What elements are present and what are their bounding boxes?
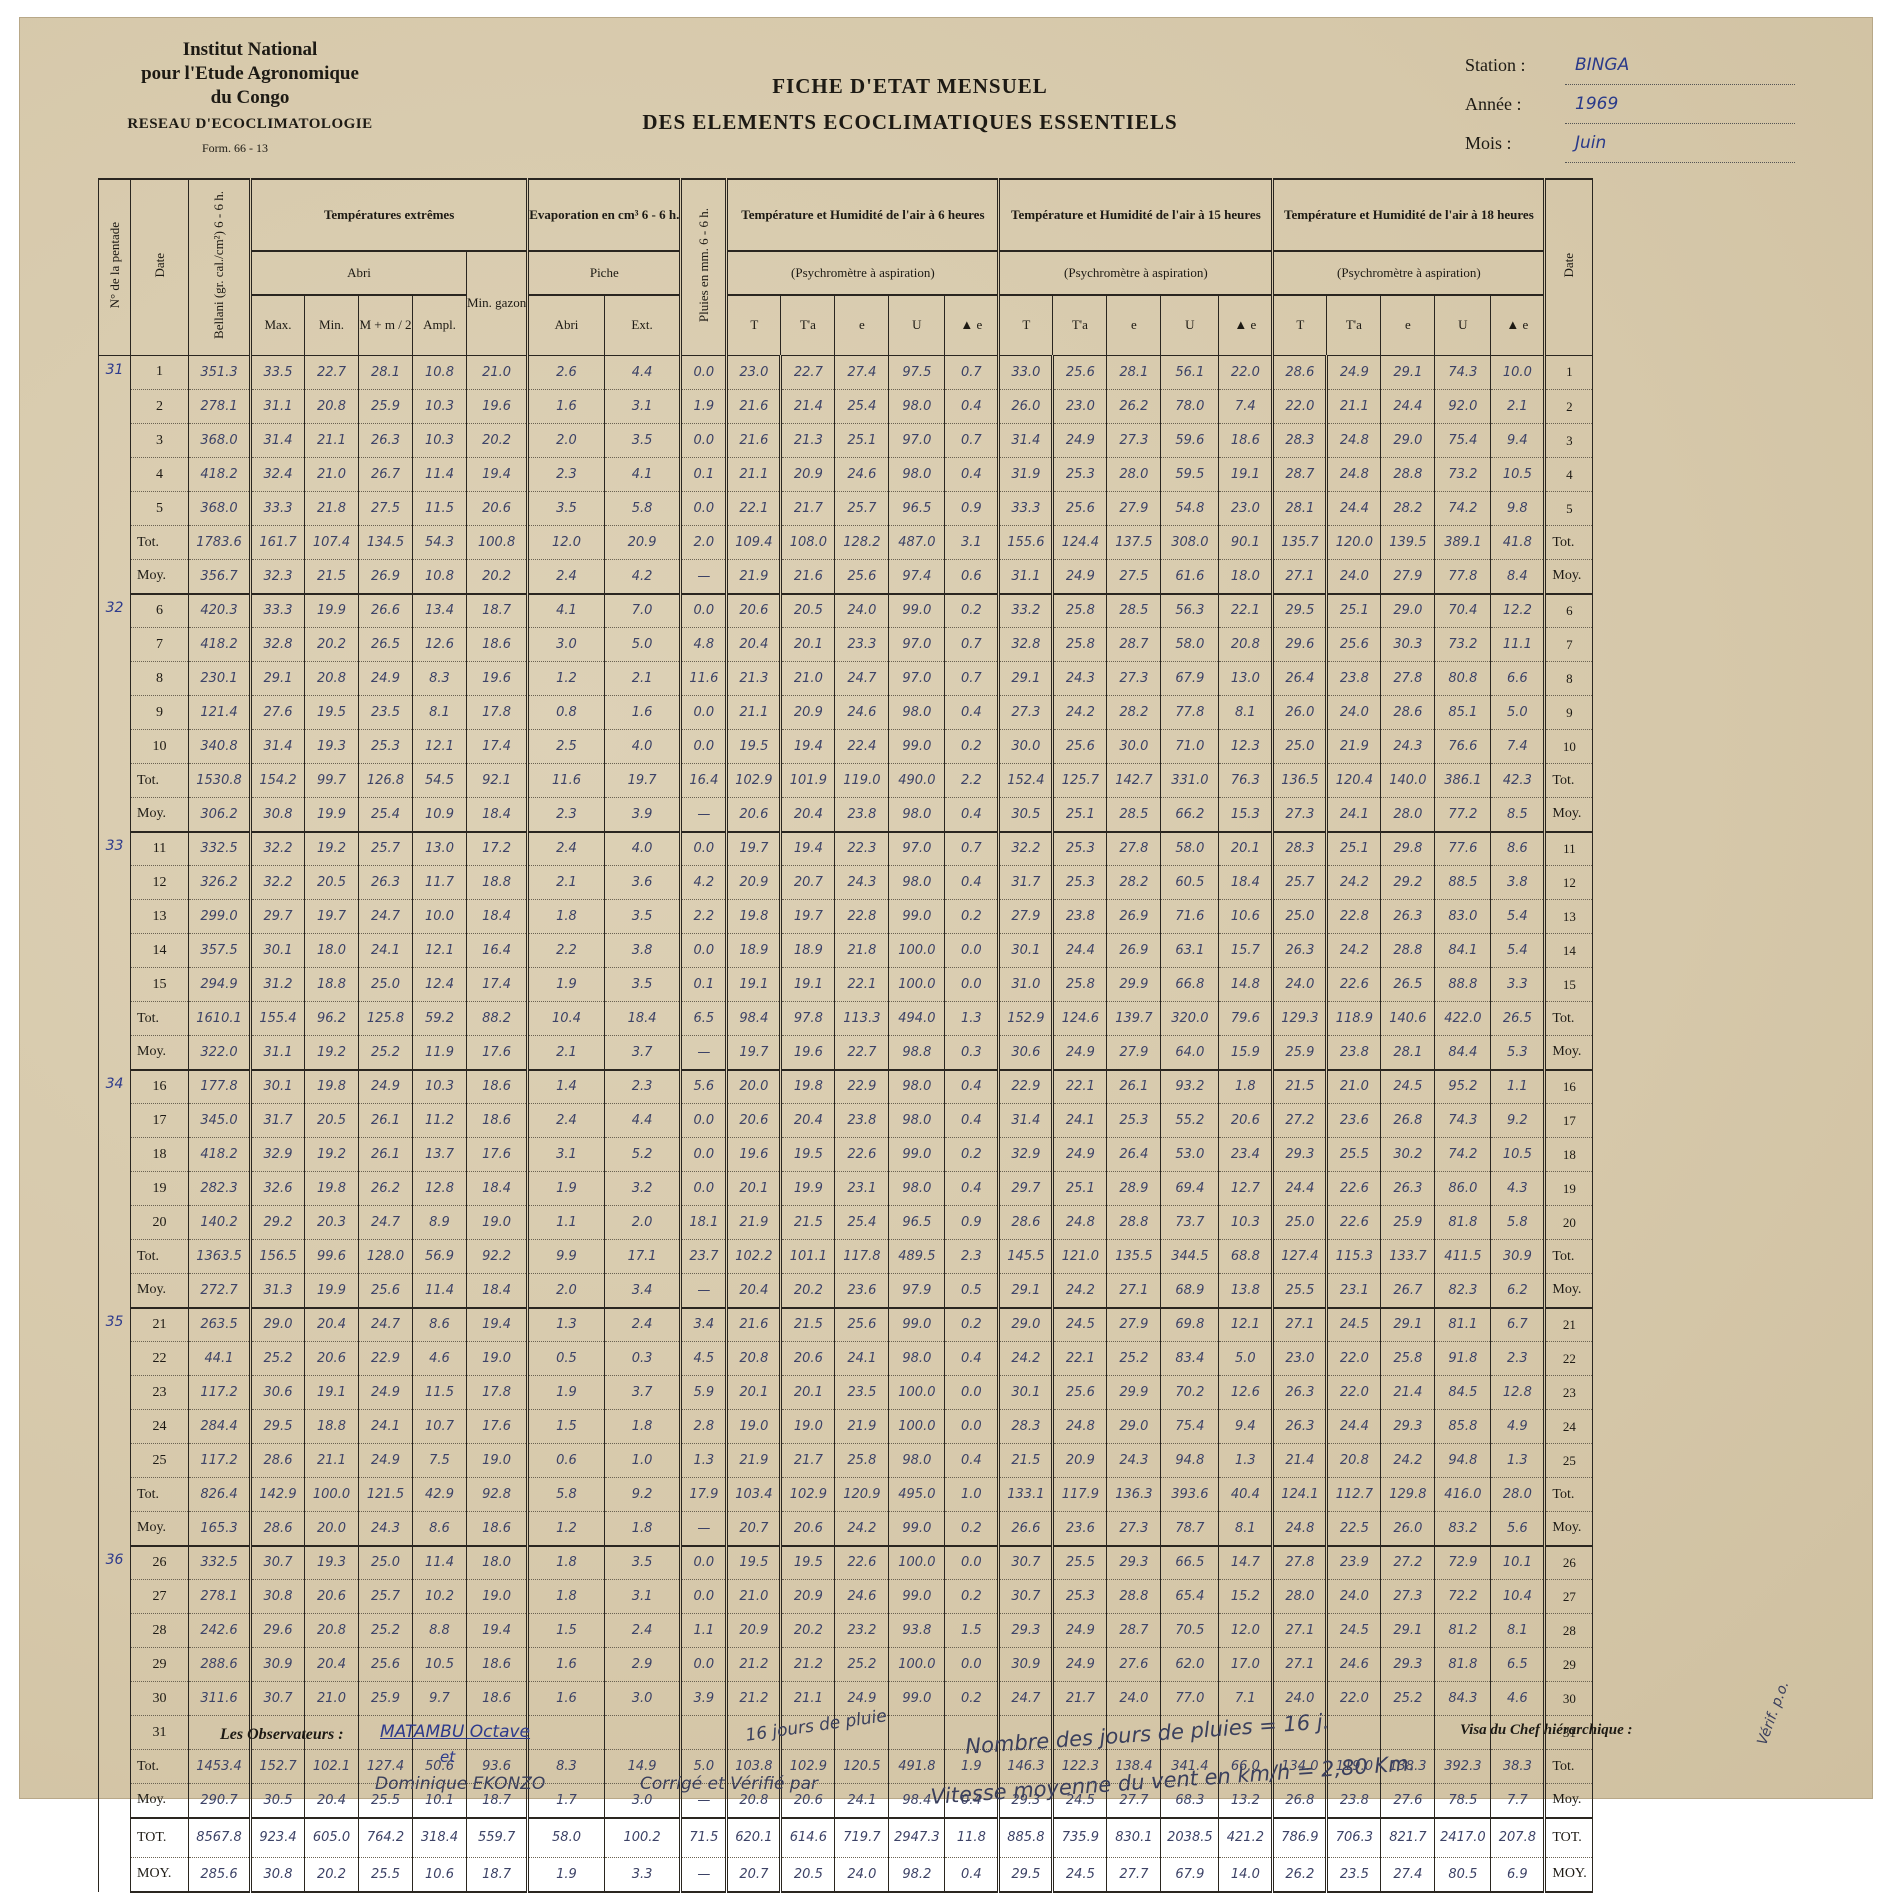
data-cell: 15.2 bbox=[1219, 1580, 1273, 1614]
data-cell: 19.6 bbox=[781, 1036, 835, 1070]
data-cell: 1453.4 bbox=[189, 1750, 251, 1784]
data-cell: 31.9 bbox=[999, 458, 1053, 492]
data-cell: 21.1 bbox=[305, 1444, 359, 1478]
data-cell: 23.6 bbox=[835, 1274, 889, 1308]
date-cell: 29 bbox=[131, 1648, 189, 1682]
data-cell: 24.9 bbox=[359, 662, 413, 696]
station-label: Station : bbox=[1465, 46, 1565, 85]
data-cell: 10.0 bbox=[1491, 355, 1545, 390]
data-cell: 27.1 bbox=[1273, 1308, 1327, 1342]
data-cell: 0.0 bbox=[681, 730, 727, 764]
data-cell: 13.4 bbox=[413, 594, 467, 628]
data-cell: 0.4 bbox=[945, 1342, 999, 1376]
data-cell: 22.1 bbox=[727, 492, 781, 526]
data-cell: 26.9 bbox=[359, 560, 413, 594]
data-cell: 88.5 bbox=[1435, 866, 1491, 900]
data-cell: 88.2 bbox=[467, 1002, 528, 1036]
data-cell: 22.0 bbox=[1327, 1342, 1381, 1376]
data-cell: 98.0 bbox=[889, 1172, 945, 1206]
data-cell: 28.8 bbox=[1381, 934, 1435, 968]
date-right-cell: Moy. bbox=[1545, 560, 1593, 594]
data-cell: 139.5 bbox=[1381, 526, 1435, 560]
data-cell: 59.5 bbox=[1161, 458, 1219, 492]
data-cell: 96.2 bbox=[305, 1002, 359, 1036]
data-cell: 11.5 bbox=[413, 492, 467, 526]
data-cell: 98.0 bbox=[889, 1444, 945, 1478]
data-cell: 26.3 bbox=[1273, 1410, 1327, 1444]
pentade-number bbox=[99, 798, 131, 832]
data-cell: 26.1 bbox=[359, 1104, 413, 1138]
data-cell: 103.4 bbox=[727, 1478, 781, 1512]
data-cell: 26.8 bbox=[1273, 1784, 1327, 1818]
data-cell: 74.2 bbox=[1435, 1138, 1491, 1172]
data-cell: 0.1 bbox=[681, 968, 727, 1002]
data-cell: 20.7 bbox=[727, 1512, 781, 1546]
data-cell: 25.0 bbox=[1273, 730, 1327, 764]
data-cell: 21.4 bbox=[1381, 1376, 1435, 1410]
data-cell: 29.7 bbox=[999, 1172, 1053, 1206]
data-cell: 27.8 bbox=[1381, 662, 1435, 696]
data-cell bbox=[1381, 1716, 1435, 1750]
data-cell: — bbox=[681, 1274, 727, 1308]
pentade-number bbox=[99, 1410, 131, 1444]
data-cell: 28.9 bbox=[1107, 1172, 1161, 1206]
data-cell: 7.1 bbox=[1219, 1682, 1273, 1716]
date-right-cell: Tot. bbox=[1545, 1240, 1593, 1274]
data-cell: 121.5 bbox=[359, 1478, 413, 1512]
data-cell: 12.1 bbox=[1219, 1308, 1273, 1342]
table-row: 30311.630.721.025.99.718.61.63.03.921.22… bbox=[99, 1682, 1593, 1716]
data-cell: 24.4 bbox=[1327, 492, 1381, 526]
data-cell: 24.5 bbox=[1053, 1308, 1107, 1342]
date-right-cell: 12 bbox=[1545, 866, 1593, 900]
data-cell: 18.1 bbox=[681, 1206, 727, 1240]
data-cell: 10.8 bbox=[413, 560, 467, 594]
data-cell: 420.3 bbox=[189, 594, 251, 628]
data-cell: 20.5 bbox=[305, 1104, 359, 1138]
data-cell: 29.3 bbox=[999, 1614, 1053, 1648]
data-cell: 84.3 bbox=[1435, 1682, 1491, 1716]
data-cell: 1.6 bbox=[604, 696, 681, 730]
data-cell: 120.5 bbox=[835, 1750, 889, 1784]
data-cell: 21.9 bbox=[835, 1410, 889, 1444]
data-cell: 19.4 bbox=[467, 458, 528, 492]
data-cell: 27.1 bbox=[1273, 1614, 1327, 1648]
date-cell: 10 bbox=[131, 730, 189, 764]
data-cell: 3.5 bbox=[604, 900, 681, 934]
data-cell: 83.4 bbox=[1161, 1342, 1219, 1376]
data-cell: 19.8 bbox=[305, 1172, 359, 1206]
data-cell: 3.5 bbox=[528, 492, 605, 526]
data-cell: 30.1 bbox=[999, 1376, 1053, 1410]
data-cell: 25.5 bbox=[1053, 1546, 1107, 1580]
data-cell: 60.5 bbox=[1161, 866, 1219, 900]
col-psychro-18: (Psychromètre à aspiration) bbox=[1273, 251, 1545, 295]
data-cell: 24.5 bbox=[1381, 1070, 1435, 1104]
data-cell: 18.8 bbox=[305, 1410, 359, 1444]
col-piche: Piche bbox=[528, 251, 681, 295]
data-cell: 23.8 bbox=[1053, 900, 1107, 934]
year-label: Année : bbox=[1465, 85, 1565, 124]
data-cell: 19.5 bbox=[781, 1138, 835, 1172]
data-cell: 109.4 bbox=[727, 526, 781, 560]
data-cell: 135.5 bbox=[1107, 1240, 1161, 1274]
data-cell: 81.1 bbox=[1435, 1308, 1491, 1342]
data-cell: 21.8 bbox=[305, 492, 359, 526]
data-cell: 18.6 bbox=[467, 628, 528, 662]
data-cell: 26.2 bbox=[359, 1172, 413, 1206]
data-cell: 20.8 bbox=[1219, 628, 1273, 662]
data-cell: 24.3 bbox=[1053, 662, 1107, 696]
data-cell: 25.0 bbox=[359, 968, 413, 1002]
row-label: Tot. bbox=[131, 1478, 189, 1512]
data-cell: 19.9 bbox=[781, 1172, 835, 1206]
date-cell: 21 bbox=[131, 1308, 189, 1342]
data-cell: 11.6 bbox=[528, 764, 605, 798]
data-cell: 1.3 bbox=[1219, 1444, 1273, 1478]
data-cell: 24.1 bbox=[1053, 1104, 1107, 1138]
date-cell: 5 bbox=[131, 492, 189, 526]
data-cell: 99.0 bbox=[889, 730, 945, 764]
data-cell: 0.0 bbox=[681, 934, 727, 968]
table-row: 7418.232.820.226.512.618.63.05.04.820.42… bbox=[99, 628, 1593, 662]
data-cell: 23.0 bbox=[1053, 390, 1107, 424]
data-cell: 2.4 bbox=[528, 560, 605, 594]
data-cell: 20.5 bbox=[781, 594, 835, 628]
pentade-number bbox=[99, 696, 131, 730]
data-cell: 98.0 bbox=[889, 1070, 945, 1104]
data-cell: 25.8 bbox=[1053, 968, 1107, 1002]
data-cell: 11.4 bbox=[413, 1274, 467, 1308]
moy-row: Moy.306.230.819.925.410.918.42.33.9—20.6… bbox=[99, 798, 1593, 832]
pentade-number bbox=[99, 1716, 131, 1750]
data-cell: 33.3 bbox=[251, 594, 305, 628]
data-cell: 2.1 bbox=[604, 662, 681, 696]
data-cell: 20.8 bbox=[305, 390, 359, 424]
data-cell: 25.2 bbox=[251, 1342, 305, 1376]
data-cell: 28.6 bbox=[1381, 696, 1435, 730]
data-cell: 15.9 bbox=[1219, 1036, 1273, 1070]
pentade-number bbox=[99, 866, 131, 900]
data-cell: 1.9 bbox=[528, 1376, 605, 1410]
col-u-6: U bbox=[889, 295, 945, 355]
data-cell: 19.5 bbox=[305, 696, 359, 730]
data-cell: 25.6 bbox=[1053, 1376, 1107, 1410]
data-cell: 115.3 bbox=[1327, 1240, 1381, 1274]
data-cell: 20.3 bbox=[305, 1206, 359, 1240]
date-right-cell: 30 bbox=[1545, 1682, 1593, 1716]
data-cell: 20.4 bbox=[305, 1308, 359, 1342]
date-right-cell: 27 bbox=[1545, 1580, 1593, 1614]
data-cell: 3.8 bbox=[1491, 866, 1545, 900]
data-cell: 21.0 bbox=[1327, 1070, 1381, 1104]
data-cell: 0.3 bbox=[945, 1036, 999, 1070]
data-cell: 27.8 bbox=[1107, 832, 1161, 866]
data-cell: 120.9 bbox=[835, 1478, 889, 1512]
data-cell: 27.3 bbox=[1107, 662, 1161, 696]
data-cell: 0.7 bbox=[945, 628, 999, 662]
data-cell: 24.9 bbox=[1053, 1648, 1107, 1682]
data-cell: 21.3 bbox=[781, 424, 835, 458]
data-cell: 25.7 bbox=[359, 832, 413, 866]
data-cell: 0.4 bbox=[945, 390, 999, 424]
data-cell: 4.6 bbox=[413, 1342, 467, 1376]
data-cell: 490.0 bbox=[889, 764, 945, 798]
col-date: Date bbox=[131, 179, 189, 355]
date-cell: 12 bbox=[131, 866, 189, 900]
data-cell: 290.7 bbox=[189, 1784, 251, 1818]
data-cell: 25.0 bbox=[1273, 1206, 1327, 1240]
data-cell: 411.5 bbox=[1435, 1240, 1491, 1274]
data-cell: 18.8 bbox=[305, 968, 359, 1002]
data-cell bbox=[528, 1716, 605, 1750]
date-cell: 18 bbox=[131, 1138, 189, 1172]
data-cell: 20.1 bbox=[1219, 832, 1273, 866]
data-cell: 25.1 bbox=[1053, 1172, 1107, 1206]
date-right-cell: 23 bbox=[1545, 1376, 1593, 1410]
data-cell: 23.2 bbox=[835, 1614, 889, 1648]
data-cell: 25.6 bbox=[1327, 628, 1381, 662]
data-cell: 26.4 bbox=[1273, 662, 1327, 696]
data-cell: 11.5 bbox=[413, 1376, 467, 1410]
data-cell: 98.4 bbox=[727, 1002, 781, 1036]
data-cell: 322.0 bbox=[189, 1036, 251, 1070]
data-cell: 19.0 bbox=[467, 1444, 528, 1478]
data-cell: 24.1 bbox=[359, 1410, 413, 1444]
data-cell: 24.0 bbox=[1107, 1682, 1161, 1716]
data-cell: 21.5 bbox=[305, 560, 359, 594]
col-abri: Abri bbox=[251, 251, 467, 295]
data-cell: 24.5 bbox=[1327, 1308, 1381, 1342]
data-cell: 24.0 bbox=[1273, 968, 1327, 1002]
data-cell: 82.3 bbox=[1435, 1274, 1491, 1308]
data-cell: 26.0 bbox=[999, 390, 1053, 424]
data-cell: 11.9 bbox=[413, 1036, 467, 1070]
date-cell: 9 bbox=[131, 696, 189, 730]
data-cell: 7.4 bbox=[1491, 730, 1545, 764]
data-cell: 26.3 bbox=[359, 424, 413, 458]
data-cell: 99.6 bbox=[305, 1240, 359, 1274]
data-cell: 0.0 bbox=[681, 1104, 727, 1138]
data-cell: 20.0 bbox=[727, 1070, 781, 1104]
data-cell: 24.7 bbox=[835, 662, 889, 696]
col-ta-6: T'a bbox=[781, 295, 835, 355]
col-group-th18: Température et Humidité de l'air à 18 he… bbox=[1273, 179, 1545, 251]
data-cell: 136.5 bbox=[1273, 764, 1327, 798]
data-cell: 22.6 bbox=[1327, 1206, 1381, 1240]
data-cell: 41.8 bbox=[1491, 526, 1545, 560]
date-cell: 2 bbox=[131, 390, 189, 424]
data-cell: 0.4 bbox=[945, 866, 999, 900]
data-cell: 27.9 bbox=[1381, 560, 1435, 594]
data-cell: 63.1 bbox=[1161, 934, 1219, 968]
data-cell: 19.0 bbox=[467, 1206, 528, 1240]
data-cell: 332.5 bbox=[189, 832, 251, 866]
data-cell: 2.4 bbox=[528, 832, 605, 866]
data-cell: 242.6 bbox=[189, 1614, 251, 1648]
date-cell: 30 bbox=[131, 1682, 189, 1716]
data-cell: 3.7 bbox=[604, 1376, 681, 1410]
data-cell: 19.9 bbox=[305, 1274, 359, 1308]
data-cell: 25.4 bbox=[359, 798, 413, 832]
data-cell: 97.8 bbox=[781, 1002, 835, 1036]
data-cell: 21.6 bbox=[727, 390, 781, 424]
table-row: 3416177.830.119.824.910.318.61.42.35.620… bbox=[99, 1070, 1593, 1104]
data-cell: 19.4 bbox=[781, 730, 835, 764]
data-cell: 30.7 bbox=[999, 1546, 1053, 1580]
data-cell: 117.2 bbox=[189, 1444, 251, 1478]
data-cell: 98.0 bbox=[889, 390, 945, 424]
data-cell: 487.0 bbox=[889, 526, 945, 560]
data-cell: 19.9 bbox=[305, 798, 359, 832]
data-cell: 22.0 bbox=[1273, 390, 1327, 424]
data-cell: 9.4 bbox=[1219, 1410, 1273, 1444]
data-cell: 21.4 bbox=[781, 390, 835, 424]
data-cell: 284.4 bbox=[189, 1410, 251, 1444]
data-cell: 0.7 bbox=[945, 355, 999, 390]
date-right-cell: 14 bbox=[1545, 934, 1593, 968]
data-cell: 25.4 bbox=[835, 390, 889, 424]
data-cell: 29.1 bbox=[1381, 1614, 1435, 1648]
data-cell: 12.8 bbox=[1491, 1376, 1545, 1410]
data-cell: 20.9 bbox=[781, 696, 835, 730]
data-cell: 54.5 bbox=[413, 764, 467, 798]
data-cell: 24.9 bbox=[1053, 560, 1107, 594]
data-cell: 2.3 bbox=[528, 458, 605, 492]
data-cell: 21.0 bbox=[727, 1580, 781, 1614]
data-cell: 4.3 bbox=[1491, 1172, 1545, 1206]
data-cell: 2.2 bbox=[681, 900, 727, 934]
data-cell: 25.6 bbox=[359, 1274, 413, 1308]
data-cell: 19.2 bbox=[305, 1138, 359, 1172]
data-cell: 56.9 bbox=[413, 1240, 467, 1274]
data-cell: 25.7 bbox=[359, 1580, 413, 1614]
data-cell: 3.4 bbox=[604, 1274, 681, 1308]
data-cell: 0.0 bbox=[681, 832, 727, 866]
pentade-number bbox=[99, 492, 131, 526]
table-row: 14357.530.118.024.112.116.42.23.80.018.9… bbox=[99, 934, 1593, 968]
data-cell: 356.7 bbox=[189, 560, 251, 594]
data-cell: 29.7 bbox=[251, 900, 305, 934]
data-cell: 18.8 bbox=[467, 866, 528, 900]
data-cell: 66.5 bbox=[1161, 1546, 1219, 1580]
data-cell: 20.9 bbox=[1053, 1444, 1107, 1478]
data-cell: 2.1 bbox=[528, 1036, 605, 1070]
data-cell: 161.7 bbox=[251, 526, 305, 560]
data-cell: 70.4 bbox=[1435, 594, 1491, 628]
data-cell: 98.0 bbox=[889, 696, 945, 730]
table-row: 23117.230.619.124.911.517.81.93.75.920.1… bbox=[99, 1376, 1593, 1410]
observers-label: Les Observateurs : bbox=[220, 1726, 344, 1744]
data-cell: 99.0 bbox=[889, 900, 945, 934]
data-cell: 9.9 bbox=[528, 1240, 605, 1274]
data-cell: 0.4 bbox=[945, 1172, 999, 1206]
data-cell: 0.0 bbox=[681, 594, 727, 628]
data-cell: 59.6 bbox=[1161, 424, 1219, 458]
col-max: Max. bbox=[251, 295, 305, 355]
data-cell: 29.5 bbox=[1273, 594, 1327, 628]
moy-row: Moy.290.730.520.425.510.118.71.73.0—20.8… bbox=[99, 1784, 1593, 1818]
data-cell: 272.7 bbox=[189, 1274, 251, 1308]
data-cell: 24.7 bbox=[359, 1308, 413, 1342]
col-mm2: M + m / 2 bbox=[359, 295, 413, 355]
data-cell: 21.7 bbox=[781, 1444, 835, 1478]
date-cell: 16 bbox=[131, 1070, 189, 1104]
observer-2: Dominique EKONZO bbox=[375, 1774, 545, 1794]
data-cell: 10.6 bbox=[1219, 900, 1273, 934]
data-cell: 491.8 bbox=[889, 1750, 945, 1784]
data-cell: 76.6 bbox=[1435, 730, 1491, 764]
data-cell: 18.6 bbox=[467, 1648, 528, 1682]
data-cell: 24.4 bbox=[1381, 390, 1435, 424]
date-right-cell: 18 bbox=[1545, 1138, 1593, 1172]
data-cell: 117.8 bbox=[835, 1240, 889, 1274]
col-psychro-6: (Psychromètre à aspiration) bbox=[727, 251, 999, 295]
form-number: Form. 66 - 13 bbox=[70, 136, 400, 160]
climate-data-table: N° de la pentade Date Bellani (gr. cal./… bbox=[98, 178, 1593, 1820]
date-right-cell: Moy. bbox=[1545, 798, 1593, 832]
data-cell: 3.5 bbox=[604, 1546, 681, 1580]
data-cell: 30.9 bbox=[1491, 1240, 1545, 1274]
data-cell: 28.7 bbox=[1107, 1614, 1161, 1648]
data-cell: 2.4 bbox=[604, 1308, 681, 1342]
data-cell: 5.2 bbox=[604, 1138, 681, 1172]
data-cell: 20.1 bbox=[781, 628, 835, 662]
data-cell: 126.8 bbox=[359, 764, 413, 798]
table-row: 15294.931.218.825.012.417.41.93.50.119.1… bbox=[99, 968, 1593, 1002]
data-cell: 21.8 bbox=[835, 934, 889, 968]
data-cell: 22.1 bbox=[1053, 1070, 1107, 1104]
data-cell: 18.4 bbox=[467, 798, 528, 832]
data-cell: 68.9 bbox=[1161, 1274, 1219, 1308]
data-cell: 4.0 bbox=[604, 832, 681, 866]
data-cell bbox=[681, 1716, 727, 1750]
table-row: 2244.125.220.622.94.619.00.50.34.520.820… bbox=[99, 1342, 1593, 1376]
data-cell: 4.0 bbox=[604, 730, 681, 764]
data-cell: 1610.1 bbox=[189, 1002, 251, 1036]
data-cell: 26.6 bbox=[359, 594, 413, 628]
data-cell: 25.8 bbox=[1381, 1342, 1435, 1376]
data-cell: 25.8 bbox=[1053, 594, 1107, 628]
data-cell: 25.3 bbox=[1053, 866, 1107, 900]
data-cell: 294.9 bbox=[189, 968, 251, 1002]
data-cell: 0.4 bbox=[945, 696, 999, 730]
col-e-15: e bbox=[1107, 295, 1161, 355]
data-cell: 23.7 bbox=[681, 1240, 727, 1274]
col-de-15: ▲ e bbox=[1219, 295, 1273, 355]
data-cell: 119.0 bbox=[835, 764, 889, 798]
data-cell: 75.4 bbox=[1161, 1410, 1219, 1444]
data-cell: 125.7 bbox=[1053, 764, 1107, 798]
data-cell: 26.4 bbox=[1107, 1138, 1161, 1172]
col-group-evaporation: Evaporation en cm³ 6 - 6 h. bbox=[528, 179, 681, 251]
data-cell: 28.1 bbox=[1107, 355, 1161, 390]
data-cell: 124.6 bbox=[1053, 1002, 1107, 1036]
data-cell: 389.1 bbox=[1435, 526, 1491, 560]
data-cell: 27.9 bbox=[999, 900, 1053, 934]
data-cell: 70.5 bbox=[1161, 1614, 1219, 1648]
data-cell: 0.7 bbox=[945, 832, 999, 866]
data-cell: 1.1 bbox=[1491, 1070, 1545, 1104]
month-label: Mois : bbox=[1465, 124, 1565, 163]
data-cell: 21.9 bbox=[1327, 730, 1381, 764]
data-cell: 27.4 bbox=[835, 355, 889, 390]
data-cell: 72.2 bbox=[1435, 1580, 1491, 1614]
data-cell: 19.1 bbox=[727, 968, 781, 1002]
data-cell: 32.2 bbox=[999, 832, 1053, 866]
data-cell: 368.0 bbox=[189, 492, 251, 526]
data-cell: 94.8 bbox=[1161, 1444, 1219, 1478]
